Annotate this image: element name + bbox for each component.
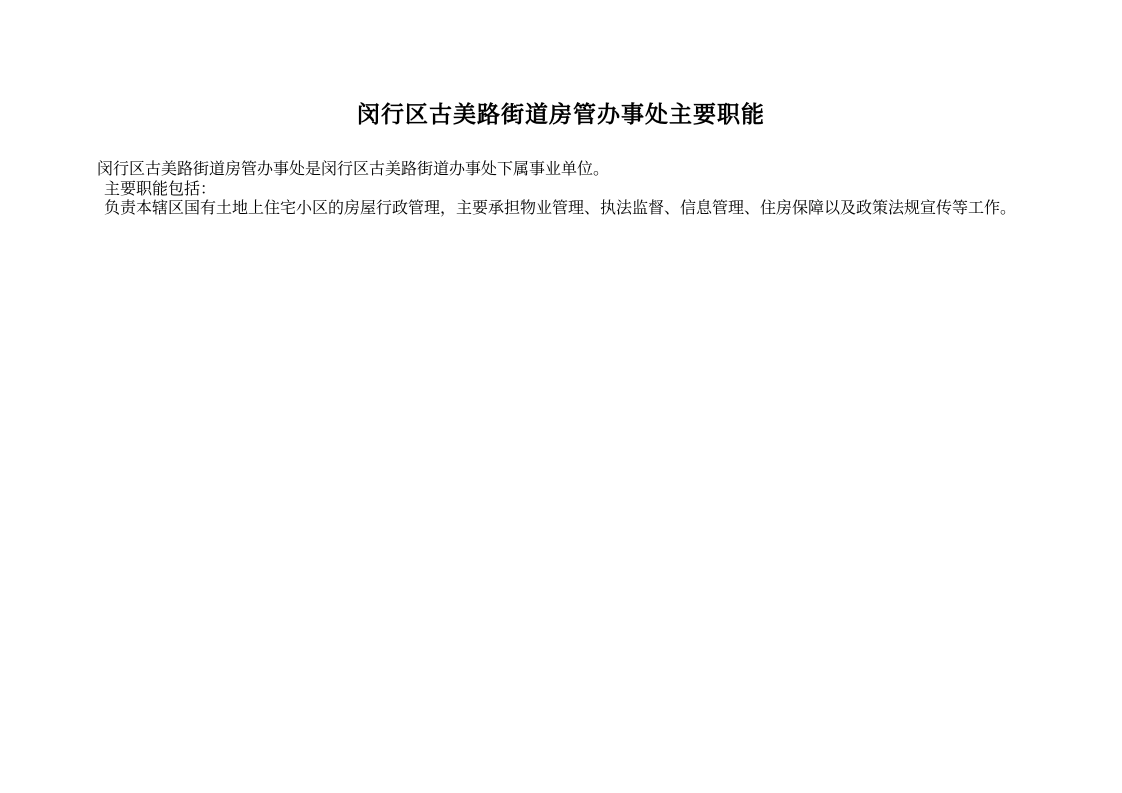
paragraph-functions-detail: 负责本辖区国有土地上住宅小区的房屋行政管理，主要承担物业管理、执法监督、信息管理… (97, 199, 1057, 219)
document-page: 闵行区古美路街道房管办事处主要职能 闵行区古美路街道房管办事处是闵行区古美路街道… (0, 0, 1122, 793)
document-body: 闵行区古美路街道房管办事处是闵行区古美路街道办事处下属事业单位。 主要职能包括：… (97, 160, 1057, 219)
document-title: 闵行区古美路街道房管办事处主要职能 (0, 96, 1122, 129)
paragraph-functions-heading: 主要职能包括： (97, 180, 1057, 200)
paragraph-intro: 闵行区古美路街道房管办事处是闵行区古美路街道办事处下属事业单位。 (97, 160, 1057, 180)
